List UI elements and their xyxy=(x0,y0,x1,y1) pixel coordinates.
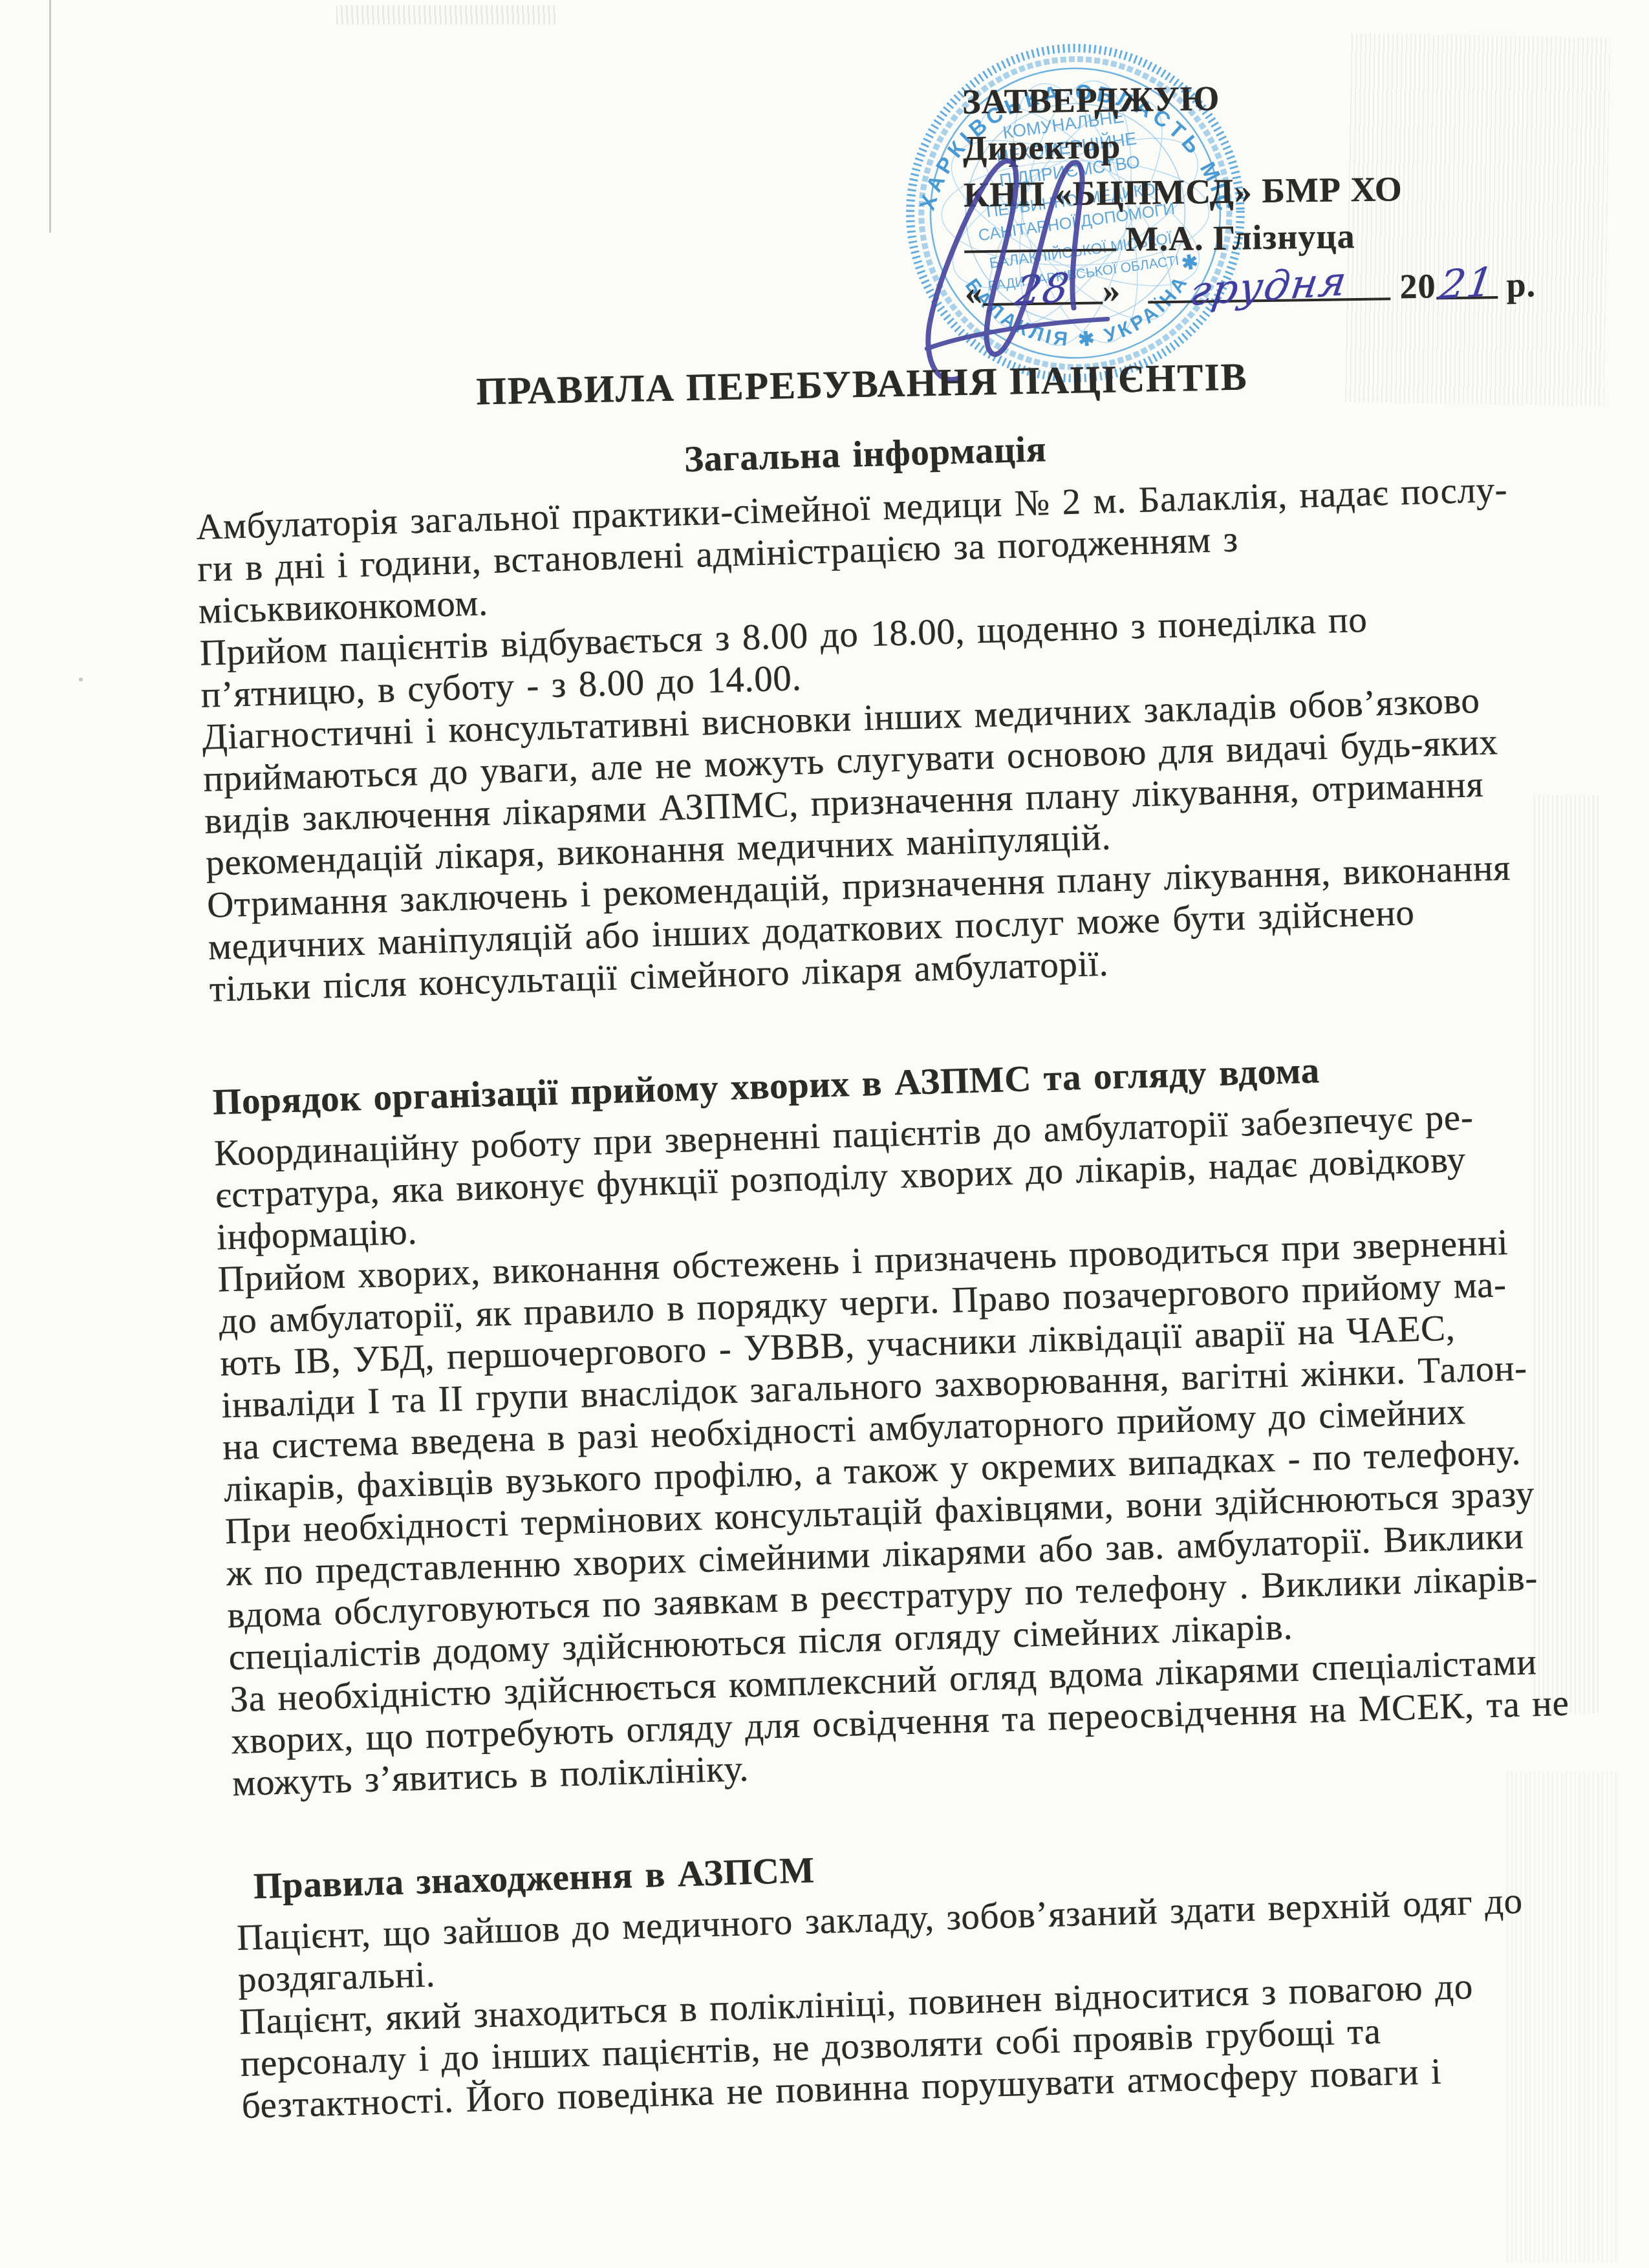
scanned-document-page: ХАРКІВСЬКА ОБЛАСТЬ МІСТО БАЛАКЛІЯ ✱ УКРА… xyxy=(0,0,1649,2268)
handwritten-month: грудня xyxy=(1187,258,1351,315)
year-suffix: р. xyxy=(1506,265,1536,305)
document-body: Загальна інформація Амбулаторія загально… xyxy=(194,414,1584,2127)
scan-speck xyxy=(79,678,83,681)
approve-label: ЗАТВЕРДЖУЮ xyxy=(962,70,1596,125)
paragraph: Прийом хворих, виконання обстежень і при… xyxy=(217,1220,1566,1511)
signer-name: М.А. Глізнуца xyxy=(1125,217,1355,259)
year-prefix: 20 xyxy=(1399,266,1436,306)
handwritten-year: 21 xyxy=(1436,259,1497,309)
